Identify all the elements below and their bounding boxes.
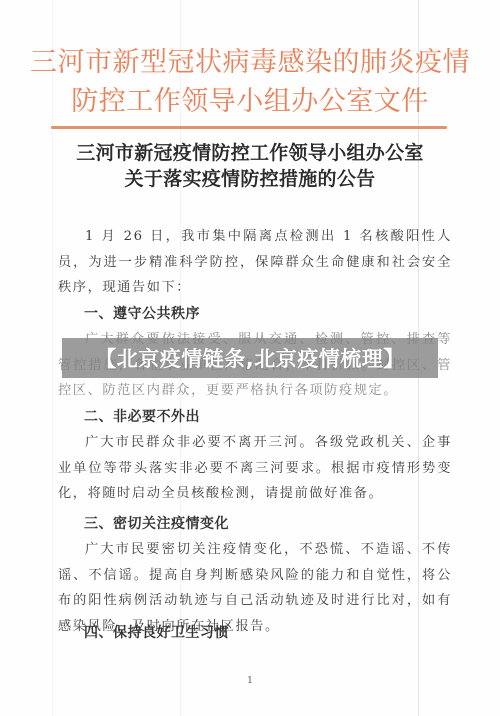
red-header-line-2: 防控工作领导小组办公室文件 — [0, 82, 500, 122]
section-heading-1: 一、遵守公共秩序 — [84, 301, 200, 327]
notice-title-line-2: 关于落实疫情防控措施的公告 — [0, 165, 500, 193]
document-page: 三河市新型冠状病毒感染的肺炎疫情 防控工作领导小组办公室文件 三河市新冠疫情防控… — [0, 0, 500, 716]
section-heading-2: 二、非必要不外出 — [84, 404, 200, 430]
red-header-line-1: 三河市新型冠状病毒感染的肺炎疫情 — [0, 43, 500, 83]
notice-title-line-1: 三河市新冠疫情防控工作领导小组办公室 — [0, 139, 500, 167]
page-number: 1 — [0, 676, 500, 686]
overlay-title-banner: 【北京疫情链条,北京疫情梳理】 — [62, 338, 438, 378]
red-header-rule — [51, 126, 447, 129]
section-body-2: 广大市民群众非必要不离开三河。各级党政机关、企事业单位等带头落实非必要不离三河要… — [58, 430, 452, 507]
overlay-title-text: 【北京疫情链条,北京疫情梳理】 — [95, 343, 404, 373]
section-heading-4: 四、保持良好卫生习惯 — [84, 620, 229, 646]
section-heading-3: 三、密切关注疫情变化 — [84, 511, 229, 537]
intro-paragraph: 1 月 26 日，我市集中隔离点检测出 1 名核酸阳性人员，为进一步精准科学防控… — [58, 224, 452, 301]
